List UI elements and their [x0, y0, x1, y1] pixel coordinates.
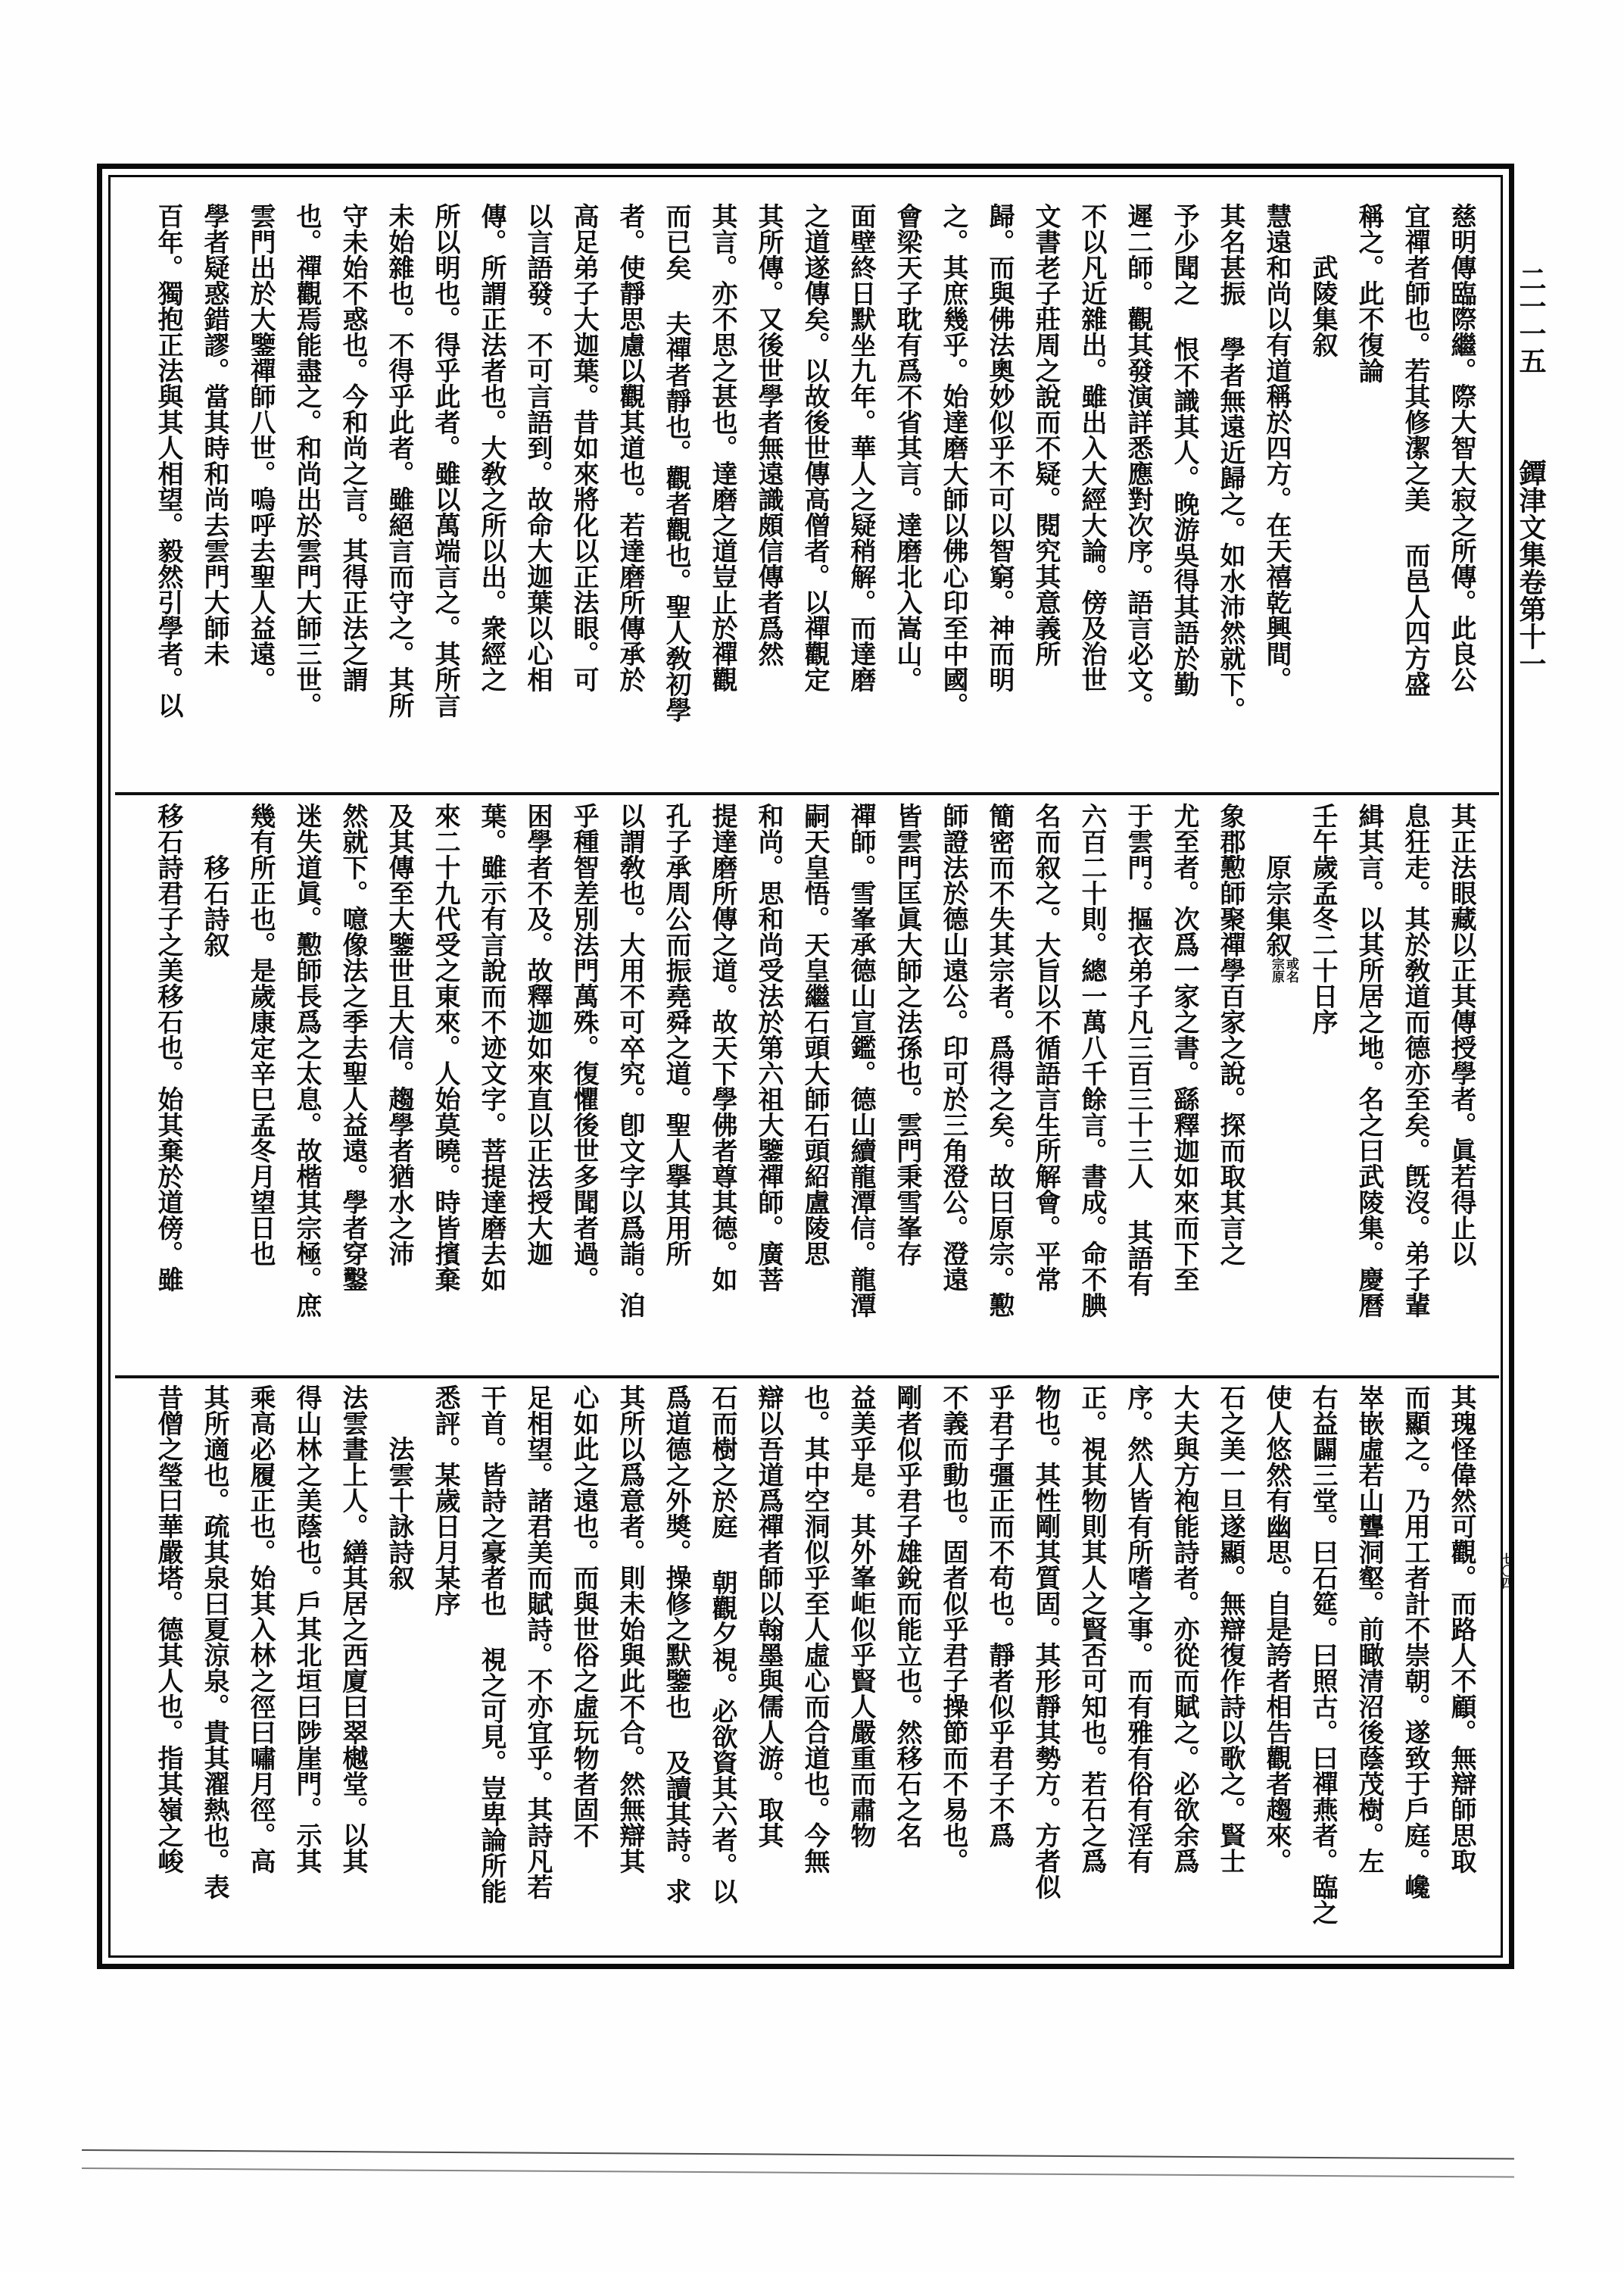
band-divider-2: [115, 1375, 1499, 1378]
column-text: 乘高必履正也。始其入林之徑曰嘯月徑。高: [245, 1384, 276, 1874]
column-text: 其所傳。又後世學者無遠識頗信傳者爲然: [753, 203, 784, 666]
text-column: 悉評。某歲日月某序: [422, 1384, 468, 1951]
band-divider-1: [115, 792, 1499, 795]
text-column: 歸。而與佛法奧妙似乎不可以智窮。神而明: [976, 203, 1022, 792]
text-column: 遲二師。觀其發演詳悉應對次序。語言必文。: [1114, 203, 1161, 792]
text-column: 來二十九代受之東來。人始莫曉。時皆擯棄: [422, 803, 468, 1372]
column-text: 困學者不及。故釋迦如來直以正法授大迦: [522, 803, 553, 1266]
column-text: 其所以爲意者。則未始與此不合。然無辯其: [615, 1384, 645, 1874]
text-column: 足相望。諸君美而賦詩。不亦宜乎。其詩凡若: [514, 1384, 560, 1951]
column-text: 宜禪者師也。若其修潔之美 而邑人四方盛: [1400, 203, 1430, 697]
column-text: 移石詩叙: [199, 803, 229, 957]
text-column: 昔僧之瑩曰華嚴塔。德其人也。指其嶺之峻: [145, 1384, 191, 1951]
column-text: 會梁天子耽有爲不省其言。達磨北入嵩山。: [892, 203, 922, 692]
column-text: 名而叙之。大旨以不循語言生所解會。平常: [1030, 803, 1061, 1292]
column-text: 緝其言。以其所居之地。名之曰武陵集。慶曆: [1354, 803, 1384, 1318]
column-text: 益美乎是。其外峯岠似乎賢人嚴重而肅物: [846, 1384, 876, 1848]
column-text: 孔子承周公而振堯舜之道。聖人擧其用所: [661, 803, 691, 1266]
column-text: 使人悠然有幽思。自是誇者相告觀者趨來。: [1261, 1384, 1292, 1874]
text-column: 不義而動也。固者似乎君子操節而不易也。: [930, 1384, 976, 1951]
text-column: 其所傳。又後世學者無遠識頗信傳者爲然: [745, 203, 791, 792]
column-text: 以謂敎也。大用不可卒究。卽文字以爲詣。洎: [615, 803, 645, 1318]
text-column: 而已矣 夫禪者靜也。觀者觀也。聖人敎初學: [653, 203, 699, 792]
column-text: 迷失道眞。懃師長爲之太息。故楷其宗極。庶: [291, 803, 322, 1318]
text-column: 武陵集叙: [1299, 203, 1345, 792]
column-text: 稱之。此不復論: [1354, 203, 1384, 383]
column-text: 足相望。諸君美而賦詩。不亦宜乎。其詩凡若: [522, 1384, 553, 1899]
inline-note: 或名宗原: [1269, 957, 1298, 983]
text-band-bottom: 其瑰怪偉然可觀。而路人不顧。無辯師思取 而顯之。乃用工者計不崇朝。遂致于戶庭。巉…: [127, 1384, 1484, 1951]
column-text: 提達磨所傳之道。故天下學佛者尊其德。如: [707, 803, 737, 1292]
column-text: 雲門出於大鑒禪師八世。嗚呼去聖人益遠。: [245, 203, 276, 692]
text-column: 之道遂傳矣。以故後世傳高僧者。以禪觀定: [791, 203, 837, 792]
text-column: 爲道德之外奬。操修之默鑒也 及讀其詩。求: [653, 1384, 699, 1951]
text-column: 息狂走。其於敎道而德亦至矣。旣沒。弟子輩: [1392, 803, 1438, 1372]
column-text: 而已矣 夫禪者靜也。觀者觀也。聖人敎初學: [661, 203, 691, 722]
text-column: 者。使靜思慮以觀其道也。若達磨所傳承於: [606, 203, 653, 792]
column-text: 辯以吾道爲禪者師以翰墨與儒人游。取其: [753, 1384, 784, 1848]
column-text: 師證法於德山遠公。印可於三角澄公。澄遠: [938, 803, 968, 1292]
column-text: 傳。所謂正法者也。大敎之所以出。衆經之: [476, 203, 507, 692]
text-column: 剛者似乎君子雄銳而能立也。然移石之名: [884, 1384, 930, 1951]
text-column: 不以凡近雜出。雖出入大經大論。傍及治世: [1068, 203, 1114, 792]
column-text: 學者疑惑錯謬。當其時和尚去雲門大師未: [199, 203, 229, 666]
column-text: 遲二師。觀其發演詳悉應對次序。語言必文。: [1123, 203, 1153, 718]
column-text: 其言。亦不思之甚也。達磨之道豈止於禪觀: [707, 203, 737, 692]
text-column: 皆雲門匡眞大師之法孫也。雲門秉雪峯存: [884, 803, 930, 1372]
text-column: 原宗集叙或名宗原: [1253, 803, 1299, 1372]
text-column: 其名甚振 學者無遠近歸之。如水沛然就下。: [1207, 203, 1253, 792]
text-column: 尤至者。次爲一家之書。繇釋迦如來而下至: [1161, 803, 1207, 1372]
text-column: 大夫與方袍能詩者。亦從而賦之。必欲余爲: [1161, 1384, 1207, 1951]
collection-page-label: 二一一五: [1515, 265, 1547, 374]
column-text: 葉。雖示有言說而不迹文字。菩提達磨去如: [476, 803, 507, 1292]
text-column: 其正法眼藏以正其傳授學者。眞若得止以: [1438, 803, 1484, 1372]
column-text: 昔僧之瑩曰華嚴塔。德其人也。指其嶺之峻: [153, 1384, 183, 1874]
column-text: 也。其中空洞似乎至人虛心而合道也。今無: [800, 1384, 830, 1874]
column-text: 高足弟子大迦葉。昔如來將化以正法眼。可: [569, 203, 599, 692]
text-column: 面壁終日默坐九年。華人之疑稍解。而達磨: [837, 203, 884, 792]
column-text: 簡密而不失其宗者。爲得之矣。故曰原宗。懃: [984, 803, 1015, 1318]
column-text: 正。視其物則其人之賢否可知也。若石之爲: [1077, 1384, 1107, 1874]
text-column: 法雲十詠詩叙: [376, 1384, 422, 1951]
column-text: 所以明也。得乎此者。雖以萬端言之。其所言: [430, 203, 460, 718]
text-column: 崒嵌虛若山聾洞壑。前瞰清沼後蔭茂樹。左: [1345, 1384, 1392, 1951]
column-text: 嗣天皇悟。天皇繼石頭大師石頭紹盧陵思: [800, 803, 830, 1266]
text-column: 迷失道眞。懃師長爲之太息。故楷其宗極。庶: [283, 803, 329, 1372]
column-text: 尤至者。次爲一家之書。繇釋迦如來而下至: [1169, 803, 1199, 1292]
column-text: 以言語發。不可言語到。故命大迦葉以心相: [522, 203, 553, 692]
column-text: 于雲門。摳衣弟子凡三百三十三人 其語有: [1123, 803, 1153, 1297]
text-column: 干首。皆詩之豪者也 視之可見。豈卑論所能: [468, 1384, 514, 1951]
column-text: 乎種智差別法門萬殊。復懼後世多聞者過。: [569, 803, 599, 1292]
text-column: 其所適也。疏其泉曰夏涼泉。貴其濯熱也。表: [191, 1384, 237, 1951]
text-column: 其所以爲意者。則未始與此不合。然無辯其: [606, 1384, 653, 1951]
text-column: 移石詩叙: [191, 803, 237, 1372]
text-column: 高足弟子大迦葉。昔如來將化以正法眼。可: [560, 203, 606, 792]
text-column: 六百二十則。總一萬八千餘言。書成。命不腆: [1068, 803, 1114, 1372]
text-column: 學者疑惑錯謬。當其時和尚去雲門大師未: [191, 203, 237, 792]
text-column: 提達磨所傳之道。故天下學佛者尊其德。如: [699, 803, 745, 1372]
text-column: 心如此之遠也。而與世俗之虛玩物者固不: [560, 1384, 606, 1951]
column-text: 壬午歲孟冬二十日序: [1308, 803, 1338, 1035]
text-band-middle: 其正法眼藏以正其傳授學者。眞若得止以 息狂走。其於敎道而德亦至矣。旣沒。弟子輩 …: [127, 803, 1484, 1372]
column-text: 未始雜也。不得乎此者。雖絕言而守之。其所: [384, 203, 414, 718]
text-column: 也。禪觀焉能盡之。和尚出於雲門大師三世。: [283, 203, 329, 792]
column-text: 干首。皆詩之豪者也 視之可見。豈卑論所能: [476, 1384, 507, 1904]
text-column: 所以明也。得乎此者。雖以萬端言之。其所言: [422, 203, 468, 792]
text-column: 緝其言。以其所居之地。名之曰武陵集。慶曆: [1345, 803, 1392, 1372]
column-text: 其名甚振 學者無遠近歸之。如水沛然就下。: [1215, 203, 1245, 722]
text-column: 乘高必履正也。始其入林之徑曰嘯月徑。高: [237, 1384, 283, 1951]
column-text: 法雲晝上人。繕其居之西廈曰翠樾堂。以其: [338, 1384, 368, 1874]
text-column: 正。視其物則其人之賢否可知也。若石之爲: [1068, 1384, 1114, 1951]
text-column: 石而樹之於庭 朝觀夕視。必欲資其六者。以: [699, 1384, 745, 1951]
text-column: 未始雜也。不得乎此者。雖絕言而守之。其所: [376, 203, 422, 792]
text-column: 百年。獨抱正法與其人相望。毅然引學者。以: [145, 203, 191, 792]
column-text: 法雲十詠詩叙: [384, 1384, 414, 1590]
text-column: 其言。亦不思之甚也。達磨之道豈止於禪觀: [699, 203, 745, 792]
scan-artifact-line: [82, 2167, 1514, 2178]
column-text: 不義而動也。固者似乎君子操節而不易也。: [938, 1384, 968, 1874]
text-column: 雲門出於大鑒禪師八世。嗚呼去聖人益遠。: [237, 203, 283, 792]
inline-note-right: 或名: [1283, 957, 1298, 983]
text-column: 簡密而不失其宗者。爲得之矣。故曰原宗。懃: [976, 803, 1022, 1372]
column-text: 爲道德之外奬。操修之默鑒也 及讀其詩。求: [661, 1384, 691, 1904]
text-column: 文書老子莊周之說而不疑。閱究其意義所: [1022, 203, 1068, 792]
text-column: 稱之。此不復論: [1345, 203, 1392, 792]
text-column: 石之美一旦遂顯。無辯復作詩以歌之。賢士: [1207, 1384, 1253, 1951]
column-text: 右益闢三堂。曰石筵。曰照古。曰禪燕者。臨之: [1308, 1384, 1338, 1925]
text-column: 然就下。噫像法之季去聖人益遠。學者穿鑿: [329, 803, 376, 1372]
column-text: 原宗集叙: [1261, 803, 1292, 957]
text-column: 法雲晝上人。繕其居之西廈曰翠樾堂。以其: [329, 1384, 376, 1951]
column-text: 其正法眼藏以正其傳授學者。眞若得止以: [1446, 803, 1476, 1266]
text-column: 右益闢三堂。曰石筵。曰照古。曰禪燕者。臨之: [1299, 1384, 1345, 1951]
text-column: 宜禪者師也。若其修潔之美 而邑人四方盛: [1392, 203, 1438, 792]
text-column: 名而叙之。大旨以不循語言生所解會。平常: [1022, 803, 1068, 1372]
column-text: 物也。其性剛其質固。其形靜其勢方。方者似: [1030, 1384, 1061, 1899]
text-column: 于雲門。摳衣弟子凡三百三十三人 其語有: [1114, 803, 1161, 1372]
column-text: 息狂走。其於敎道而德亦至矣。旣沒。弟子輩: [1400, 803, 1430, 1318]
column-text: 象郡懃師聚禪學百家之說。探而取其言之: [1215, 803, 1245, 1266]
text-column: 序。然人皆有所嗜之事。而有雅有俗有淫有: [1114, 1384, 1161, 1951]
column-text: 崒嵌虛若山聾洞壑。前瞰清沼後蔭茂樹。左: [1354, 1384, 1384, 1874]
column-text: 百年。獨抱正法與其人相望。毅然引學者。以: [153, 203, 183, 718]
text-column: 慧遠和尚以有道稱於四方。在天禧乾興間。: [1253, 203, 1299, 792]
text-column: 也。其中空洞似乎至人虛心而合道也。今無: [791, 1384, 837, 1951]
column-text: 其瑰怪偉然可觀。而路人不顧。無辯師思取: [1446, 1384, 1476, 1874]
column-text: 心如此之遠也。而與世俗之虛玩物者固不: [569, 1384, 599, 1848]
column-text: 然就下。噫像法之季去聖人益遠。學者穿鑿: [338, 803, 368, 1292]
column-text: 歸。而與佛法奧妙似乎不可以智窮。神而明: [984, 203, 1015, 692]
column-text: 而顯之。乃用工者計不崇朝。遂致于戶庭。巉: [1400, 1384, 1430, 1899]
text-column: 而顯之。乃用工者計不崇朝。遂致于戶庭。巉: [1392, 1384, 1438, 1951]
text-column: 嗣天皇悟。天皇繼石頭大師石頭紹盧陵思: [791, 803, 837, 1372]
text-column: 及其傳至大鑒世且大信。趨學者猶水之沛: [376, 803, 422, 1372]
text-column: 困學者不及。故釋迦如來直以正法授大迦: [514, 803, 560, 1372]
inline-note-left: 宗原: [1269, 957, 1283, 983]
text-column: 葉。雖示有言說而不迹文字。菩提達磨去如: [468, 803, 514, 1372]
column-text: 慈明傳臨際繼。際大智大寂之所傳。此良公: [1446, 203, 1476, 692]
text-column: 壬午歲孟冬二十日序: [1299, 803, 1345, 1372]
text-column: 乎君子彊正而不苟也。靜者似乎君子不爲: [976, 1384, 1022, 1951]
column-text: 慧遠和尚以有道稱於四方。在天禧乾興間。: [1261, 203, 1292, 692]
column-text: 及其傳至大鑒世且大信。趨學者猶水之沛: [384, 803, 414, 1266]
text-column: 之。其庶幾乎。始達磨大師以佛心印至中國。: [930, 203, 976, 792]
text-column: 其瑰怪偉然可觀。而路人不顧。無辯師思取: [1438, 1384, 1484, 1951]
column-text: 守未始不惑也。今和尚之言。其得正法之謂: [338, 203, 368, 692]
column-text: 乎君子彊正而不苟也。靜者似乎君子不爲: [984, 1384, 1015, 1848]
text-column: 孔子承周公而振堯舜之道。聖人擧其用所: [653, 803, 699, 1372]
book-page-scan: 慈明傳臨際繼。際大智大寂之所傳。此良公 宜禪者師也。若其修潔之美 而邑人四方盛 …: [0, 0, 1624, 2272]
column-text: 移石詩君子之美移石也。始其棄於道傍。雖: [153, 803, 183, 1292]
column-text: 和尚。思和尚受法於第六祖大鑒禪師。廣菩: [753, 803, 784, 1292]
text-column: 辯以吾道爲禪者師以翰墨與儒人游。取其: [745, 1384, 791, 1951]
column-text: 來二十九代受之東來。人始莫曉。時皆擯棄: [430, 803, 460, 1292]
text-column: 益美乎是。其外峯岠似乎賢人嚴重而肅物: [837, 1384, 884, 1951]
text-column: 幾有所正也。是歲康定辛巳孟冬月望日也: [237, 803, 283, 1372]
column-text: 悉評。某歲日月某序: [430, 1384, 460, 1616]
text-column: 乎種智差別法門萬殊。復懼後世多聞者過。: [560, 803, 606, 1372]
text-column: 慈明傳臨際繼。際大智大寂之所傳。此良公: [1438, 203, 1484, 792]
text-column: 得山林之美蔭也。戶其北垣曰陟崖門。示其: [283, 1384, 329, 1951]
text-column: 禪師。雪峯承德山宣鑑。德山續龍潭信。龍潭: [837, 803, 884, 1372]
text-band-top: 慈明傳臨際繼。際大智大寂之所傳。此良公 宜禪者師也。若其修潔之美 而邑人四方盛 …: [127, 203, 1484, 792]
text-column: 以言語發。不可言語到。故命大迦葉以心相: [514, 203, 560, 792]
header-gap: [1531, 374, 1532, 459]
text-column: 予少聞之 恨不識其人。晚游吳得其語於勤: [1161, 203, 1207, 792]
scan-artifact-line: [82, 2149, 1514, 2160]
column-text: 不以凡近雜出。雖出入大經大論。傍及治世: [1077, 203, 1107, 692]
column-text: 得山林之美蔭也。戶其北垣曰陟崖門。示其: [291, 1384, 322, 1874]
text-column: 和尚。思和尚受法於第六祖大鑒禪師。廣菩: [745, 803, 791, 1372]
text-column: 象郡懃師聚禪學百家之說。探而取其言之: [1207, 803, 1253, 1372]
text-column: 移石詩君子之美移石也。始其棄於道傍。雖: [145, 803, 191, 1372]
column-text: 之道遂傳矣。以故後世傳高僧者。以禪觀定: [800, 203, 830, 692]
column-text: 皆雲門匡眞大師之法孫也。雲門秉雪峯存: [892, 803, 922, 1266]
text-column: 會梁天子耽有爲不省其言。達磨北入嵩山。: [884, 203, 930, 792]
column-text: 石之美一旦遂顯。無辯復作詩以歌之。賢士: [1215, 1384, 1245, 1874]
column-text: 武陵集叙: [1308, 203, 1338, 357]
column-text: 禪師。雪峯承德山宣鑑。德山續龍潭信。龍潭: [846, 803, 876, 1318]
text-column: 師證法於德山遠公。印可於三角澄公。澄遠: [930, 803, 976, 1372]
column-text: 序。然人皆有所嗜之事。而有雅有俗有淫有: [1123, 1384, 1153, 1874]
column-text: 者。使靜思慮以觀其道也。若達磨所傳承於: [615, 203, 645, 692]
folio-number: 七〇四: [1499, 1553, 1514, 1589]
column-text: 文書老子莊周之說而不疑。閱究其意義所: [1030, 203, 1061, 666]
text-column: 使人悠然有幽思。自是誇者相告觀者趨來。: [1253, 1384, 1299, 1951]
column-text: 剛者似乎君子雄銳而能立也。然移石之名: [892, 1384, 922, 1848]
column-text: 也。禪觀焉能盡之。和尚出於雲門大師三世。: [291, 203, 322, 718]
column-text: 石而樹之於庭 朝觀夕視。必欲資其六者。以: [707, 1384, 737, 1904]
column-text: 幾有所正也。是歲康定辛巳孟冬月望日也: [245, 803, 276, 1266]
column-text: 其所適也。疏其泉曰夏涼泉。貴其濯熱也。表: [199, 1384, 229, 1899]
column-text: 六百二十則。總一萬八千餘言。書成。命不腆: [1077, 803, 1107, 1318]
text-column: 以謂敎也。大用不可卒究。卽文字以爲詣。洎: [606, 803, 653, 1372]
column-text: 大夫與方袍能詩者。亦從而賦之。必欲余爲: [1169, 1384, 1199, 1874]
text-column: 傳。所謂正法者也。大敎之所以出。衆經之: [468, 203, 514, 792]
text-column: 守未始不惑也。今和尚之言。其得正法之謂: [329, 203, 376, 792]
column-text: 面壁終日默坐九年。華人之疑稍解。而達磨: [846, 203, 876, 692]
column-text: 予少聞之 恨不識其人。晚游吳得其語於勤: [1169, 203, 1199, 697]
column-text: 之。其庶幾乎。始達磨大師以佛心印至中國。: [938, 203, 968, 718]
text-column: 物也。其性剛其質固。其形靜其勢方。方者似: [1022, 1384, 1068, 1951]
margin-header: 二一一五鐔津文集卷第十一: [1516, 265, 1546, 677]
book-title: 鐔津文集卷第十一: [1515, 459, 1547, 677]
